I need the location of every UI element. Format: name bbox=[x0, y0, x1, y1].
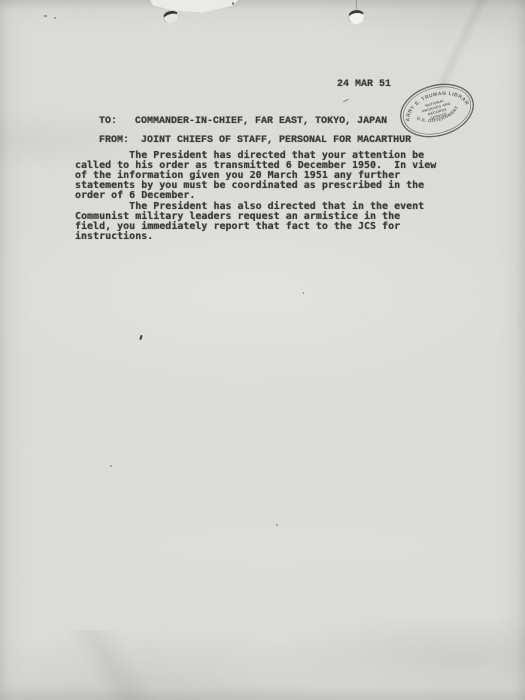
paper-crease-bottom-left bbox=[0, 630, 220, 700]
ink-speck bbox=[139, 335, 143, 340]
paper-speck bbox=[276, 524, 278, 526]
fold-line bbox=[356, 0, 357, 11]
pencil-mark bbox=[343, 99, 349, 102]
scanned-memo-page: 24 MAR 51 HARRY S. TRUMAN LIBRARY NATION… bbox=[0, 0, 525, 700]
paper-speck bbox=[44, 15, 47, 17]
paper-speck bbox=[232, 2, 234, 5]
paper-speck bbox=[54, 17, 56, 19]
body-paragraph-2: The President has also directed that in … bbox=[75, 202, 424, 242]
body-paragraph-1: The President has directed that your att… bbox=[75, 151, 436, 201]
paper-speck bbox=[110, 465, 112, 467]
from-label: FROM: bbox=[99, 135, 129, 146]
paper-speck bbox=[303, 292, 304, 294]
torn-edge-patch bbox=[148, 0, 240, 14]
punch-hole-left bbox=[162, 9, 180, 25]
punch-hole-right bbox=[347, 9, 365, 25]
date-line: 24 MAR 51 bbox=[337, 80, 391, 90]
from-value: JOINT CHIEFS OF STAFF, PERSONAL FOR MACA… bbox=[141, 135, 411, 146]
